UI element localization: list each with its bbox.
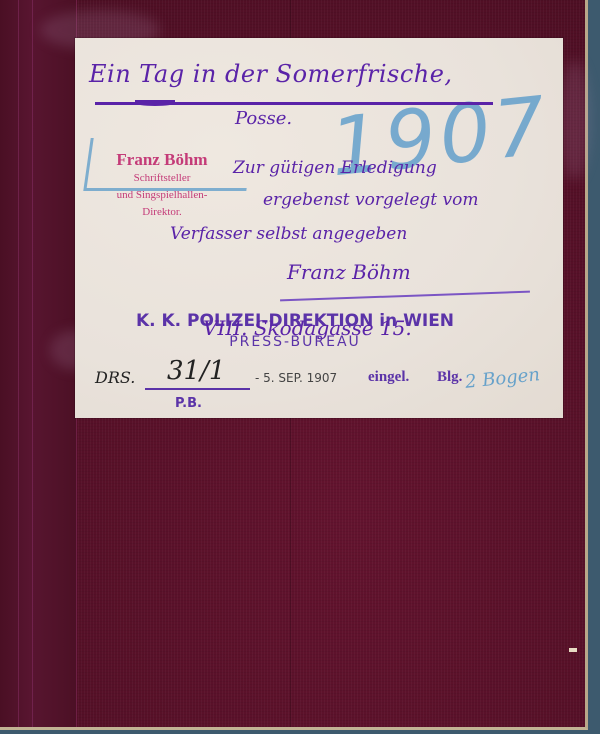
author-stamp-line: Schriftsteller bbox=[87, 170, 237, 187]
author-stamp-name: Franz Böhm bbox=[87, 150, 237, 170]
spine-stitch-line bbox=[18, 0, 19, 727]
signature-underline bbox=[280, 291, 530, 302]
registry-number: 31/1 bbox=[167, 356, 225, 386]
author-stamp-line: und Singspielhallen- bbox=[87, 187, 237, 204]
play-title: Ein Tag in der Somerfrische, bbox=[89, 60, 453, 88]
registry-prefix: DRS. bbox=[95, 368, 135, 387]
censorship-label: 1907 Ein Tag in der Somerfrische, Posse.… bbox=[75, 38, 563, 418]
department-stamp: P.B. bbox=[175, 396, 202, 411]
author-stamp-line: Direktor. bbox=[87, 204, 237, 221]
signature: Franz Böhm bbox=[287, 260, 411, 284]
handwritten-line: Verfasser selbst angegeben bbox=[170, 224, 407, 244]
received-label: eingel. bbox=[368, 369, 409, 386]
handwritten-line: ergebenst vorgelegt vom bbox=[263, 190, 478, 210]
book-cover: 1907 Ein Tag in der Somerfrische, Posse.… bbox=[0, 0, 588, 730]
author-stamp: Franz Böhm Schriftsteller und Singspielh… bbox=[87, 150, 237, 221]
attachments-value: 2 Bogen bbox=[464, 364, 541, 393]
title-flourish bbox=[135, 100, 175, 106]
handwritten-line: Zur gütigen Erledigung bbox=[233, 158, 437, 178]
spine-stitch-line bbox=[32, 0, 33, 727]
wear-mark bbox=[560, 60, 590, 180]
page-corner bbox=[569, 648, 577, 652]
genre-subtitle: Posse. bbox=[235, 108, 292, 129]
registry-underline bbox=[145, 388, 250, 390]
attachments-label: Blg. bbox=[437, 369, 462, 386]
address: VIII. Skodagasse 15. bbox=[203, 316, 412, 340]
date-stamp: - 5. SEP. 1907 bbox=[255, 371, 337, 385]
